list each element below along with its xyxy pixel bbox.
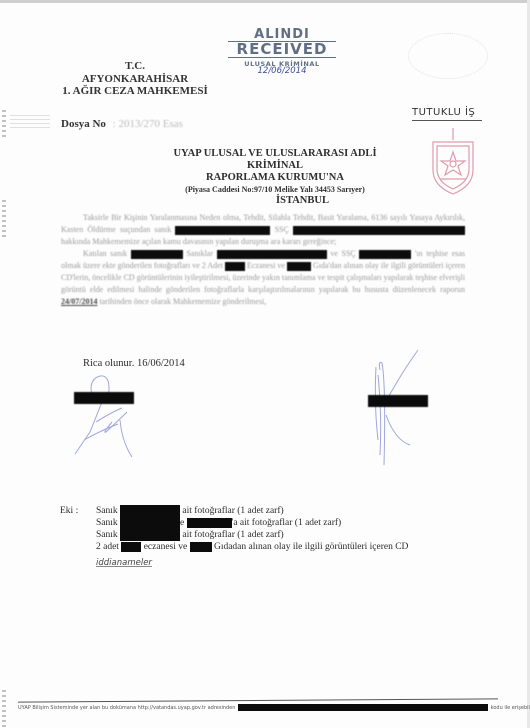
signature-scribble-icon [72,372,142,467]
document-page: T.C. AFYONKARAHİSAR 1. AĞIR CEZA MAHKEME… [0,0,530,728]
margin-mark [2,200,6,240]
court-line-name: 1. AĞIR CEZA MAHKEMESİ [60,85,210,98]
margin-faint-text [10,112,50,130]
court-header: T.C. AFYONKARAHİSAR 1. AĞIR CEZA MAHKEME… [60,60,210,98]
footer-divider [18,698,498,702]
redaction-bar [225,262,245,271]
stamp-received: RECEIVED [228,41,336,58]
redaction-bar [74,392,134,404]
file-number-value: : 2013/270 Esas [113,118,183,130]
redaction-bar [187,518,232,528]
court-line-tc: T.C. [60,60,210,73]
redaction-bar [217,250,327,259]
footer-note: UYAP Bilişim Sisteminde yer alan bu dokü… [18,704,530,711]
file-number-label: Dosya No [61,118,106,130]
redaction-bar [190,542,212,552]
redaction-bar [120,505,180,517]
redaction-bar [120,529,180,541]
redaction-bar [368,395,428,407]
attachment-item: 2 adet eczanesi ve Gıdadan alınan olay i… [60,541,408,553]
handwritten-attachment-note: iddianameler [96,557,408,569]
deadline-date: 24/07/2014 [61,297,97,306]
handwritten-note: TUTUKLU İŞ [412,107,482,121]
redaction-bar [175,226,270,235]
file-number: Dosya No : 2013/270 Esas [61,118,183,130]
margin-mark [2,110,6,140]
redaction-bar [131,250,183,259]
redaction-bar [287,262,311,271]
body-text: Taksirle Bir Kişinin Yaralanmasına Neden… [61,212,465,308]
addressee-block: UYAP ULUSAL VE ULUSLARARASI ADLİ KRİMİNA… [150,148,400,207]
signature-left [72,372,142,467]
scan-top-edge [0,0,530,3]
attachment-item: Sanık ait fotoğraflar (1 adet zarf) [60,529,408,541]
addressee-address: (Piyasa Caddesi No:97/10 Melike Yalı 344… [150,184,400,195]
redaction-bar [121,542,141,552]
court-line-city: AFYONKARAHİSAR [60,73,210,86]
received-stamp: ALINDI RECEIVED ULUSAL KRİMİNAL 12/06/20… [228,28,336,76]
seal-emblem-icon [428,128,478,196]
redaction-bar [359,250,411,259]
closing-line: Rica olunur. 16/06/2014 [83,358,185,369]
signature-scribble-icon [360,345,430,470]
attachment-item: Sanık e 'a ait fotoğraflar (1 adet zarf) [60,517,408,529]
margin-mark [2,690,6,728]
faint-oval-stamp [408,33,488,79]
signature-right [360,345,430,470]
addressee-city: İSTANBUL [205,195,400,207]
redaction-bar [120,517,180,529]
redaction-bar [293,226,465,235]
attachments-list: Eki :Sanık ait fotoğraflar (1 adet zarf)… [60,505,408,569]
addressee-line1: UYAP ULUSAL VE ULUSLARARASI ADLİ KRİMİNA… [150,148,400,172]
addressee-line2: RAPORLAMA KURUMU'NA [150,172,400,184]
attachment-item: Eki :Sanık ait fotoğraflar (1 adet zarf) [60,505,408,517]
attachments-label: Eki : [60,505,96,517]
redaction-bar [238,704,488,711]
